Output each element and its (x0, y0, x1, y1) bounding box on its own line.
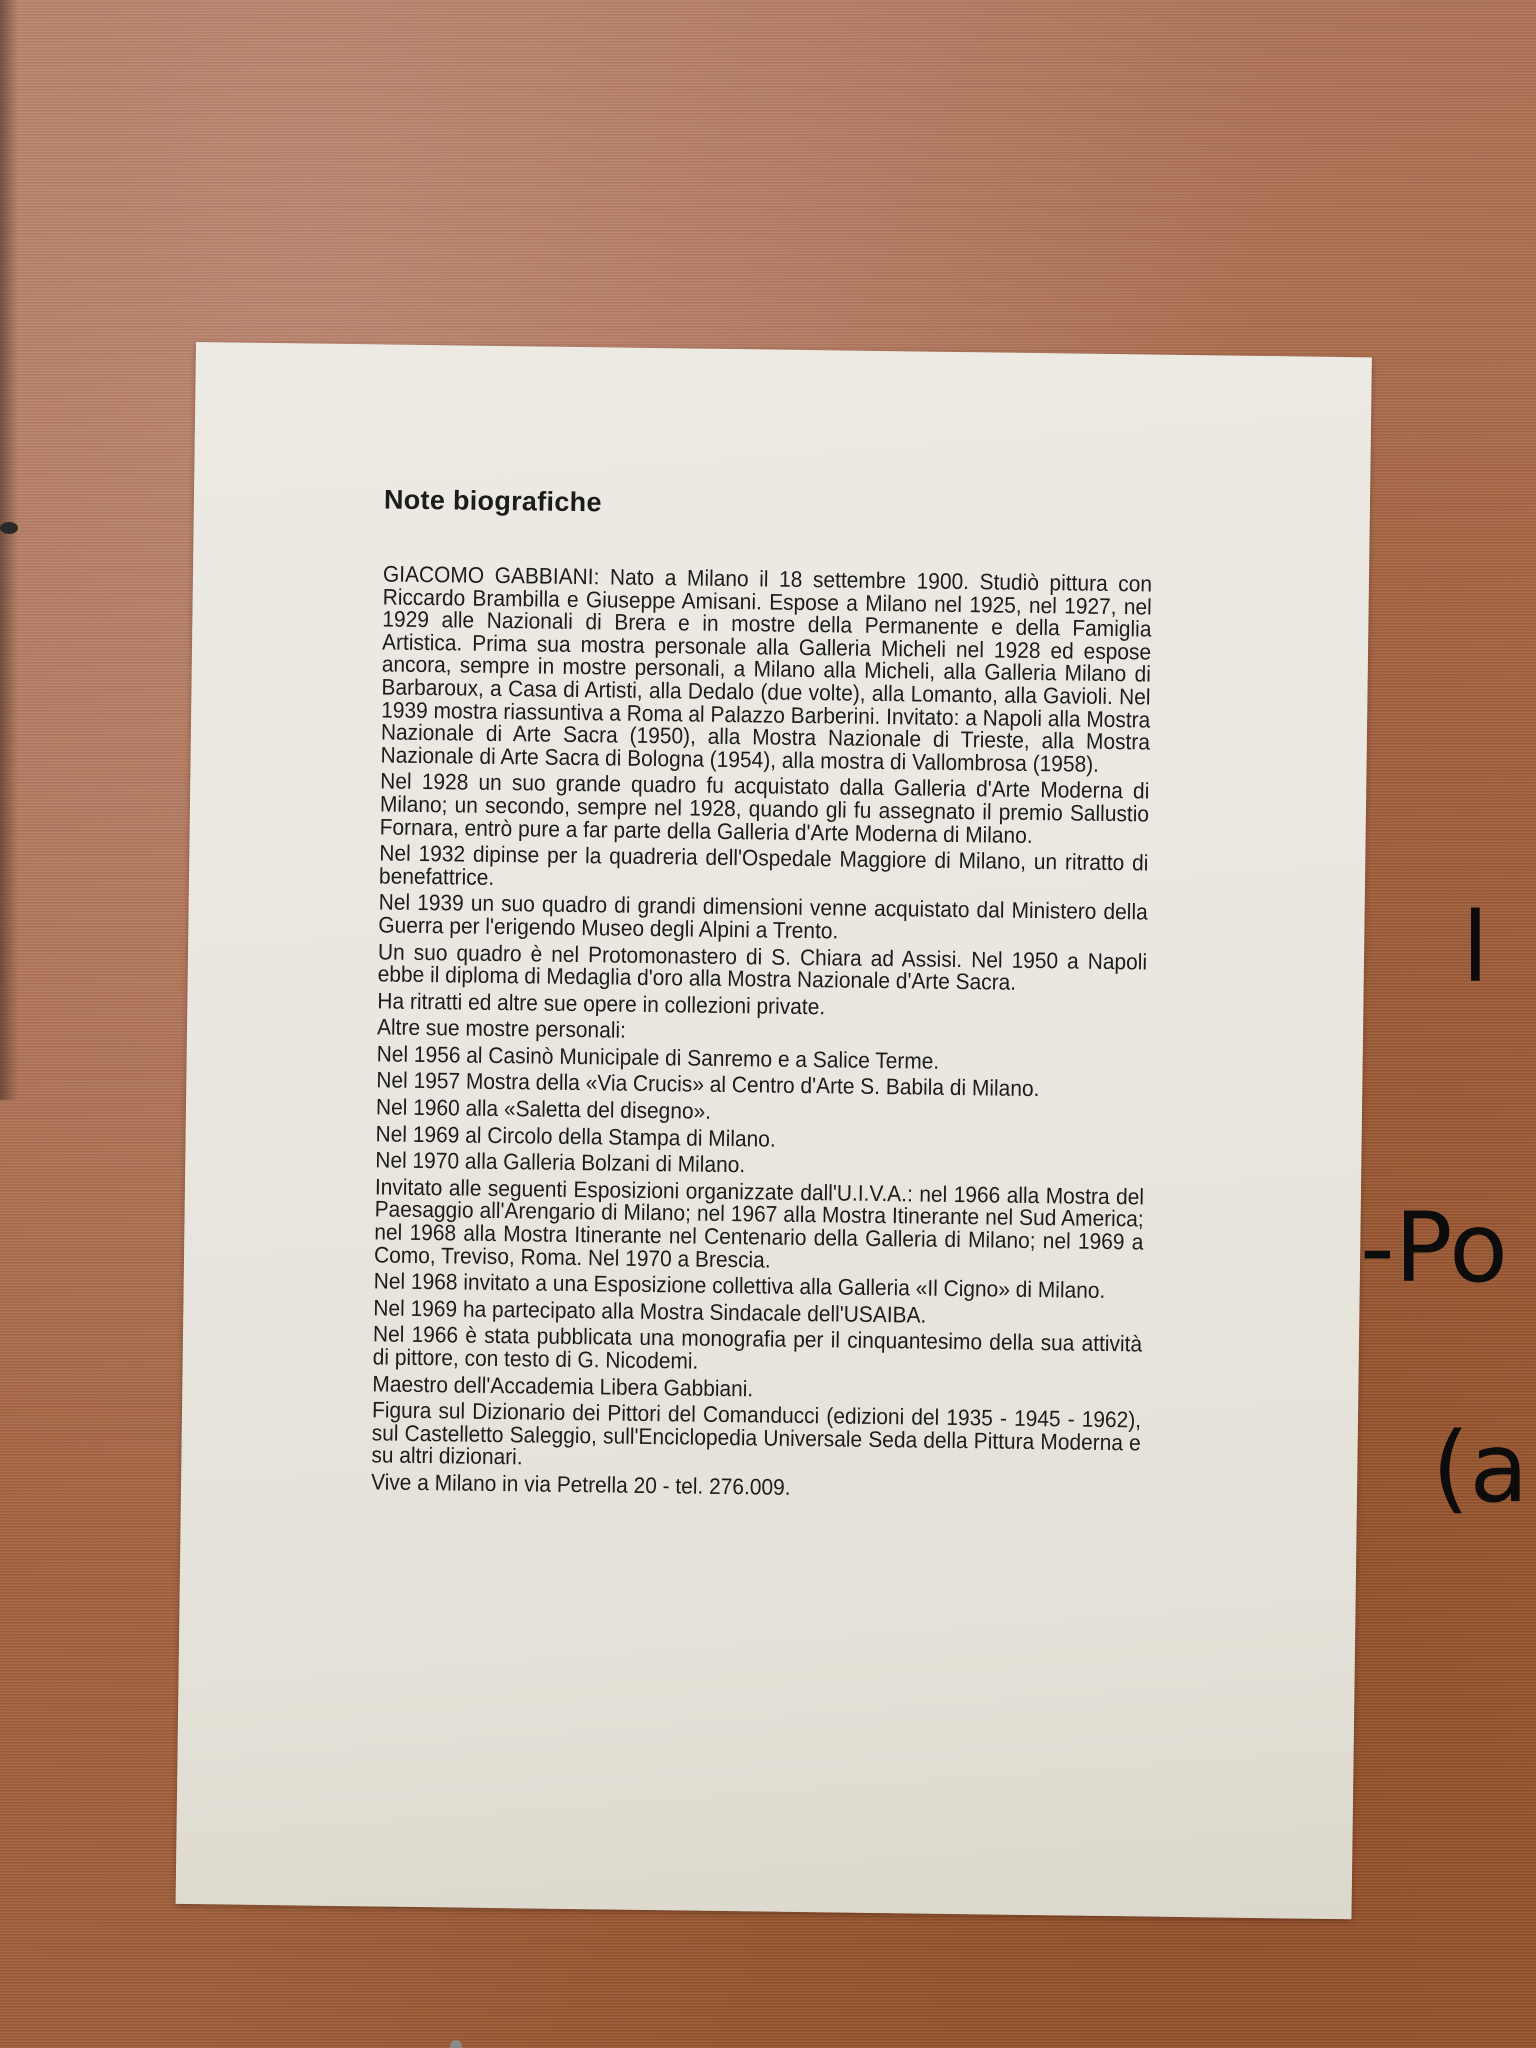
biography-paragraph: Nel 1939 un suo quadro di grandi dimensi… (378, 892, 1148, 947)
handwritten-note-line-2: -Po (1360, 1200, 1508, 1296)
biography-paragraph: Figura sul Dizionario dei Pittori del Co… (371, 1400, 1141, 1478)
biography-paragraph: Vive a Milano in via Petrella 20 - tel. … (371, 1471, 1140, 1504)
biography-paragraph: Un suo quadro è nel Protomonastero di S.… (378, 941, 1148, 996)
handwritten-note-line-3: (a (1432, 1420, 1528, 1516)
biography-paragraph: Invitato alle seguenti Esposizioni organ… (374, 1176, 1144, 1276)
document-title: Note biografiche (384, 484, 1154, 525)
biography-paragraph: Nel 1932 dipinse per la quadreria dell'O… (379, 843, 1149, 898)
biography-paragraph: Nel 1928 un suo grande quadro fu acquist… (380, 771, 1150, 849)
backing-board-edge (0, 0, 18, 1100)
biography-sheet: Note biografiche GIACOMO GABBIANI: Nato … (176, 342, 1372, 1919)
handwritten-note-line-1: l (1462, 900, 1489, 996)
biography-paragraph: GIACOMO GABBIANI: Nato a Milano il 18 se… (380, 563, 1152, 776)
biography-paragraphs: GIACOMO GABBIANI: Nato a Milano il 18 se… (371, 563, 1153, 1504)
nail-head (0, 522, 18, 534)
biography-paragraph: Nel 1966 è stata pubblicata una monograf… (373, 1324, 1143, 1379)
biography-content: Note biografiche GIACOMO GABBIANI: Nato … (371, 484, 1154, 1508)
nail-head (450, 2040, 462, 2048)
